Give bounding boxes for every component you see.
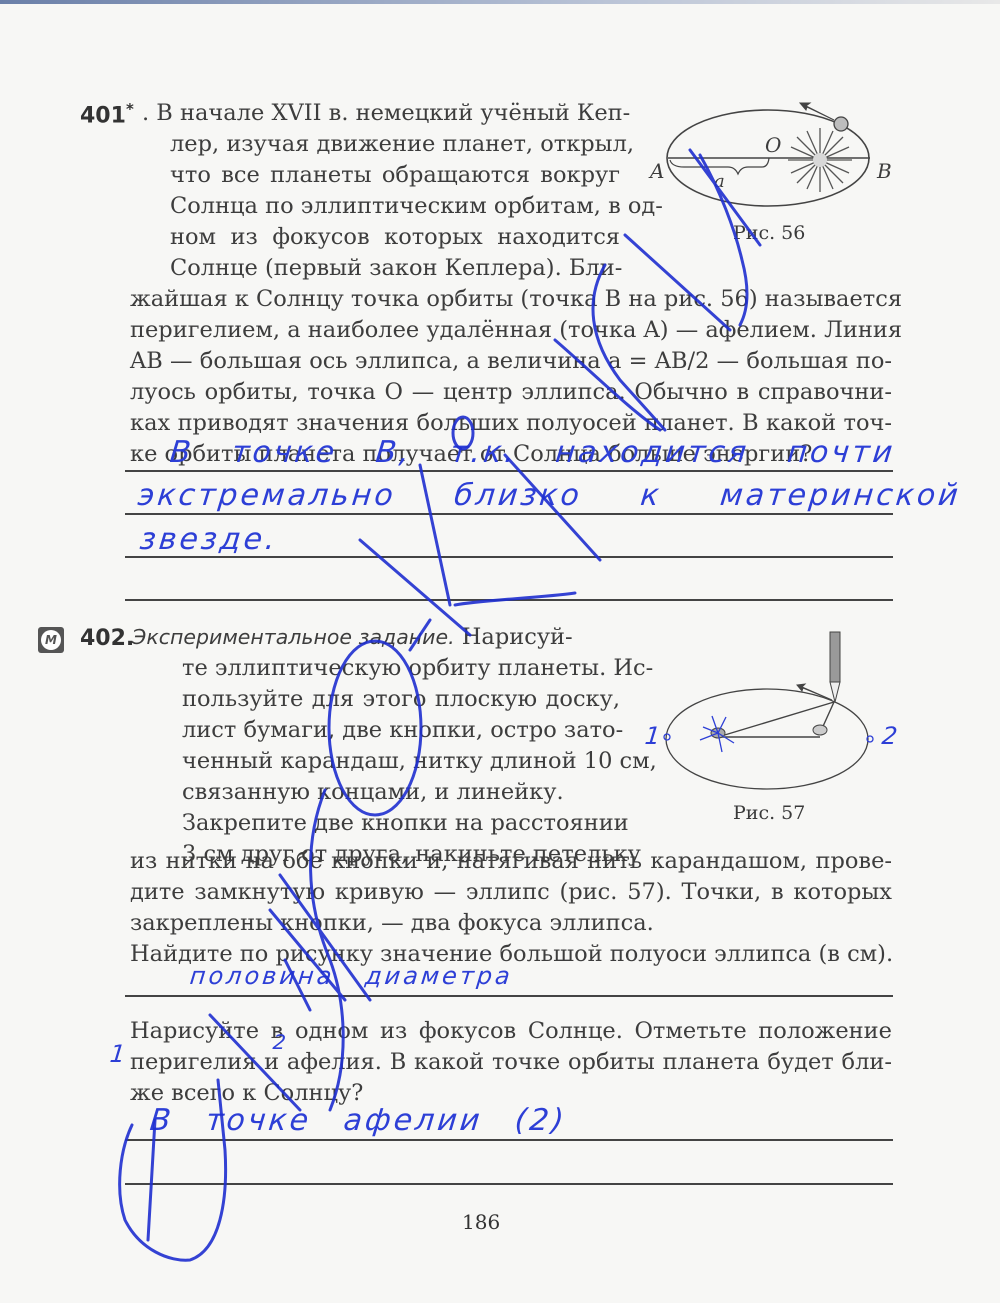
figure-57-caption: Рис. 57 <box>733 802 805 824</box>
handwritten-answer-402-a: половина диаметра <box>189 962 515 990</box>
m-badge-icon: М <box>38 627 64 653</box>
margin-mark-2: 2 <box>272 1030 290 1054</box>
task-402-number: 402. <box>80 626 134 651</box>
fig56-label-A: A <box>650 156 664 187</box>
fig56-label-O: O <box>765 130 781 161</box>
answer-line <box>125 513 893 515</box>
handwritten-answer-402-b: В точке афелии (2) <box>148 1103 568 1138</box>
scan-edge <box>0 0 1000 4</box>
task-401-narrow-text: . В начале XVII в. немецкий учёный Кеп- … <box>170 98 620 284</box>
margin-mark-1: 1 <box>109 1040 130 1068</box>
answer-line <box>125 470 893 472</box>
workbook-page: 401* . В начале XVII в. немецкий учёный … <box>0 0 1000 1303</box>
page-number: 186 <box>462 1210 500 1234</box>
answer-line <box>125 995 893 997</box>
handwritten-answer-401-line-2: экстремально близко к материнской <box>136 478 962 513</box>
task-402-wide-text: из нитки на обе кнопки и, натягивая нить… <box>130 846 892 970</box>
answer-line <box>125 1139 893 1141</box>
fig56-label-a: a <box>714 166 725 197</box>
handwritten-answer-401-line-3: звезде. <box>138 522 279 557</box>
task-402-question-2: Нарисуйте в одном из фокусов Солнце. Отм… <box>130 1016 892 1109</box>
fig57-hand-label-2: 2 <box>881 722 902 750</box>
task-402-narrow-text: Экспериментальное задание. Нарисуй- те э… <box>182 622 620 870</box>
fig57-hand-label-1: 1 <box>644 722 665 750</box>
answer-line <box>125 1183 893 1185</box>
handwritten-answer-401-line-1: В точке В, т.к. находится почти <box>168 435 897 470</box>
task-401-number: 401* <box>80 100 134 128</box>
figure-56-caption: Рис. 56 <box>733 222 805 244</box>
fig56-label-B: B <box>877 156 892 187</box>
answer-line <box>125 599 893 601</box>
